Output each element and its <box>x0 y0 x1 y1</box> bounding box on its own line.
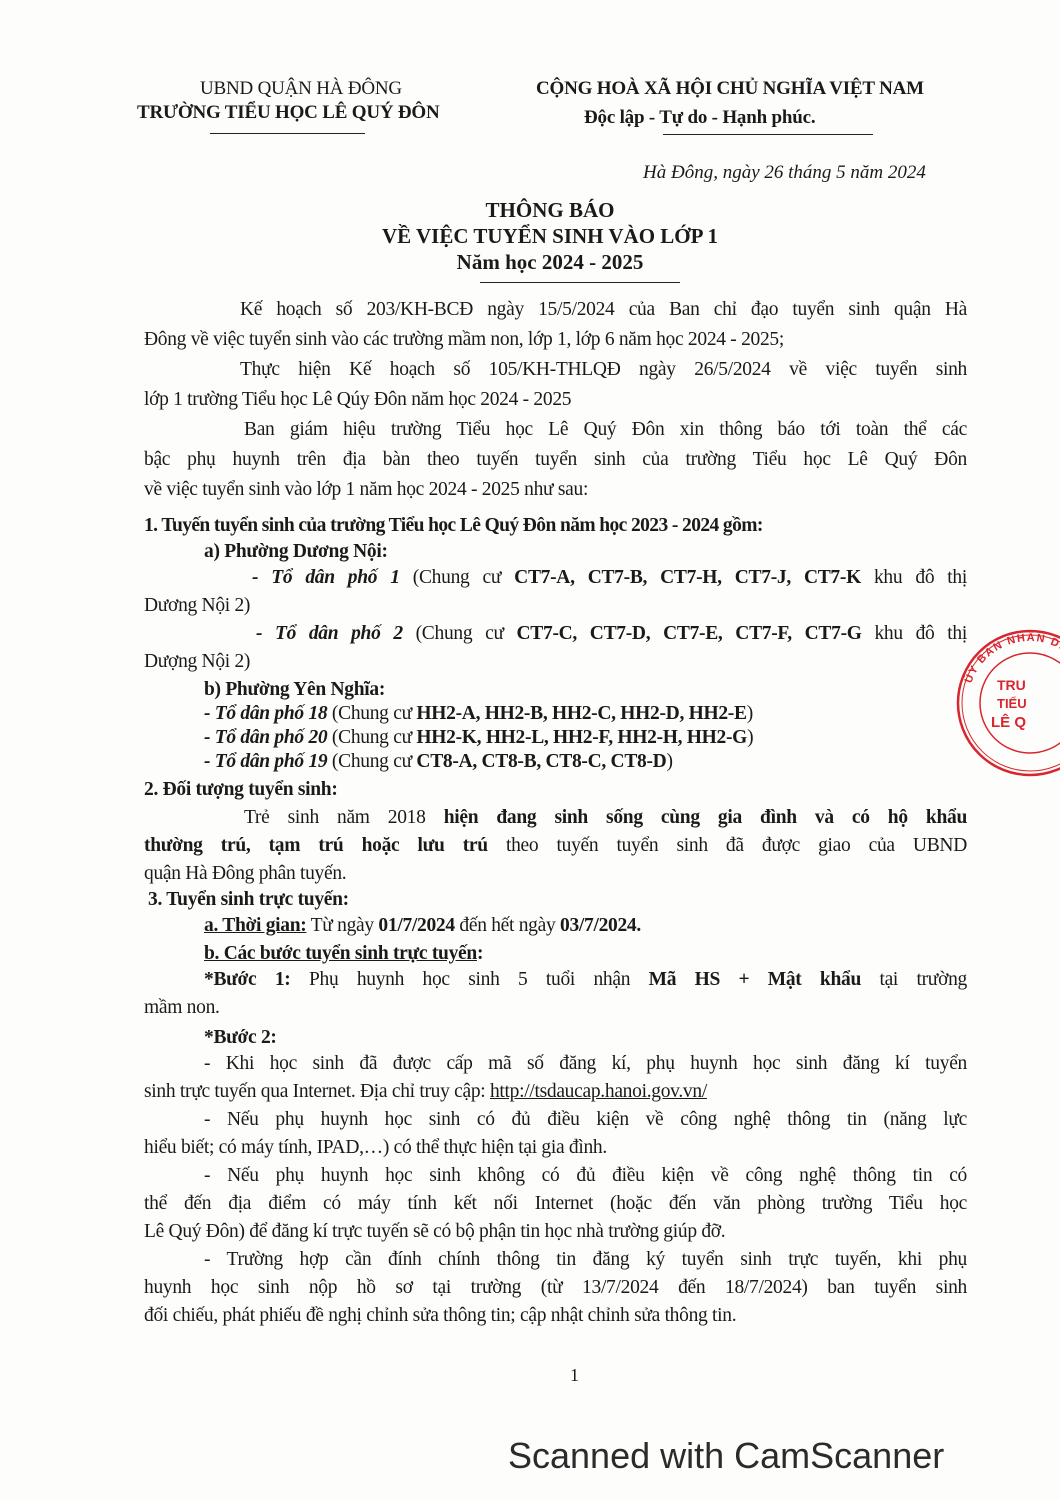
step2-label: *Bước 2: <box>144 1024 1027 1052</box>
step2-p1-l2: sinh trực tuyến qua Internet. Địa chỉ tr… <box>144 1078 967 1106</box>
section2-l2: thường trú, tạm trú hoặc lưu trú theo tu… <box>144 832 967 860</box>
step1-cont: mầm non. <box>144 994 967 1022</box>
stamp-seal-icon: ỦY BAN NHÂN DÂN QU... TRU TIỂU LÊ Q <box>955 628 1060 778</box>
district-name: UBND QUẬN HÀ ĐÔNG <box>200 78 402 100</box>
section2-heading: 2. Đối tượng tuyển sinh: <box>144 776 967 804</box>
doc-subject: VỀ VIỆC TUYỂN SINH VÀO LỚP 1 <box>300 224 800 249</box>
school-name: TRƯỜNG TIỂU HỌC LÊ QUÝ ĐÔN <box>137 102 440 124</box>
step1: *Bước 1: Phụ huynh học sinh 5 tuổi nhận … <box>144 966 967 994</box>
section3-steps-heading: b. Các bước tuyển sinh trực tuyến: <box>144 940 1027 968</box>
step2-p4-l3: đối chiếu, phát phiếu đề nghị chỉnh sửa … <box>144 1302 967 1330</box>
step2-p2-l1: - Nếu phụ huynh học sinh có đủ điều kiện… <box>144 1106 967 1134</box>
intro-p2-l1: Thực hiện Kế hoạch số 105/KH-THLQĐ ngày … <box>144 356 967 384</box>
svg-text:LÊ Q: LÊ Q <box>991 713 1026 731</box>
step2-p3-l2: thể đến địa điểm có máy tính kết nối Int… <box>144 1190 967 1218</box>
national-motto-underline <box>663 134 873 135</box>
step2-p1-l1: - Khi học sinh đã được cấp mã số đăng kí… <box>144 1050 967 1078</box>
section1-a-heading: a) Phường Dương Nội: <box>144 538 1027 566</box>
section3-heading: 3. Tuyển sinh trực tuyến: <box>144 886 971 914</box>
camscanner-watermark: Scanned with CamScanner <box>508 1435 944 1477</box>
doc-title: THÔNG BÁO <box>300 198 800 223</box>
step2-p4-l1: - Trường hợp cần đính chính thông tin đă… <box>144 1246 967 1274</box>
section1-a-item-1: - Tổ dân phố 1 (Chung cư CT7-A, CT7-B, C… <box>144 564 967 592</box>
svg-text:TRU: TRU <box>997 677 1026 693</box>
section2-l3: quận Hà Đông phân tuyến. <box>144 860 967 888</box>
national-motto: Độc lập - Tự do - Hạnh phúc. <box>584 107 815 129</box>
section1-a-item-2: - Tổ dân phố 2 (Chung cư CT7-C, CT7-D, C… <box>144 620 967 648</box>
section2-l1: Trẻ sinh năm 2018 hiện đang sinh sống cù… <box>144 804 967 832</box>
page-number: 1 <box>570 1365 579 1386</box>
school-name-underline <box>210 133 365 134</box>
section1-a-item-2-cont: Dượng Nội 2) <box>144 648 967 676</box>
doc-school-year: Năm học 2024 - 2025 <box>300 250 800 275</box>
step2-p3-l1: - Nếu phụ huynh học sinh không có đủ điề… <box>144 1162 967 1190</box>
title-underline <box>480 282 680 283</box>
step2-p2-l2: hiểu biết; có máy tính, IPAD,…) có thể t… <box>144 1134 967 1162</box>
registration-url-link[interactable]: http://tsdaucap.hanoi.gov.vn/ <box>490 1081 707 1102</box>
step2-p3-l3: Lê Quý Đôn) để đăng kí trực tuyến sẽ có … <box>144 1218 967 1246</box>
intro-p1-l1: Kế hoạch số 203/KH-BCĐ ngày 15/5/2024 củ… <box>144 296 967 324</box>
svg-text:TIỂU: TIỂU <box>997 696 1027 711</box>
intro-p3-l1: Ban giám hiệu trường Tiểu học Lê Quý Đôn… <box>144 416 967 444</box>
intro-p1-l2: Đông về việc tuyển sinh vào các trường m… <box>144 326 967 354</box>
section1-b-item-3: - Tổ dân phố 19 (Chung cư CT8-A, CT8-B, … <box>144 748 1027 776</box>
national-title: CỘNG HOÀ XÃ HỘI CHỦ NGHĨA VIỆT NAM <box>536 78 924 100</box>
intro-p3-l2: bậc phụ huynh trên địa bàn theo tuyến tu… <box>144 446 967 474</box>
intro-p3-l3: về việc tuyển sinh vào lớp 1 năm học 202… <box>144 476 967 504</box>
step2-p4-l2: huynh học sinh nộp hồ sơ tại trường (từ … <box>144 1274 967 1302</box>
section1-heading: 1. Tuyến tuyển sinh của trường Tiểu học … <box>144 512 967 540</box>
section1-a-item-1-cont: Dương Nội 2) <box>144 592 967 620</box>
section3-time: a. Thời gian: Từ ngày 01/7/2024 đến hết … <box>144 912 1027 940</box>
official-stamp: ỦY BAN NHÂN DÂN QU... TRU TIỂU LÊ Q <box>955 628 1060 778</box>
date-place: Hà Đông, ngày 26 tháng 5 năm 2024 <box>643 162 926 184</box>
intro-p2-l2: lớp 1 trường Tiểu học Lê Qúy Đôn năm học… <box>144 386 967 414</box>
